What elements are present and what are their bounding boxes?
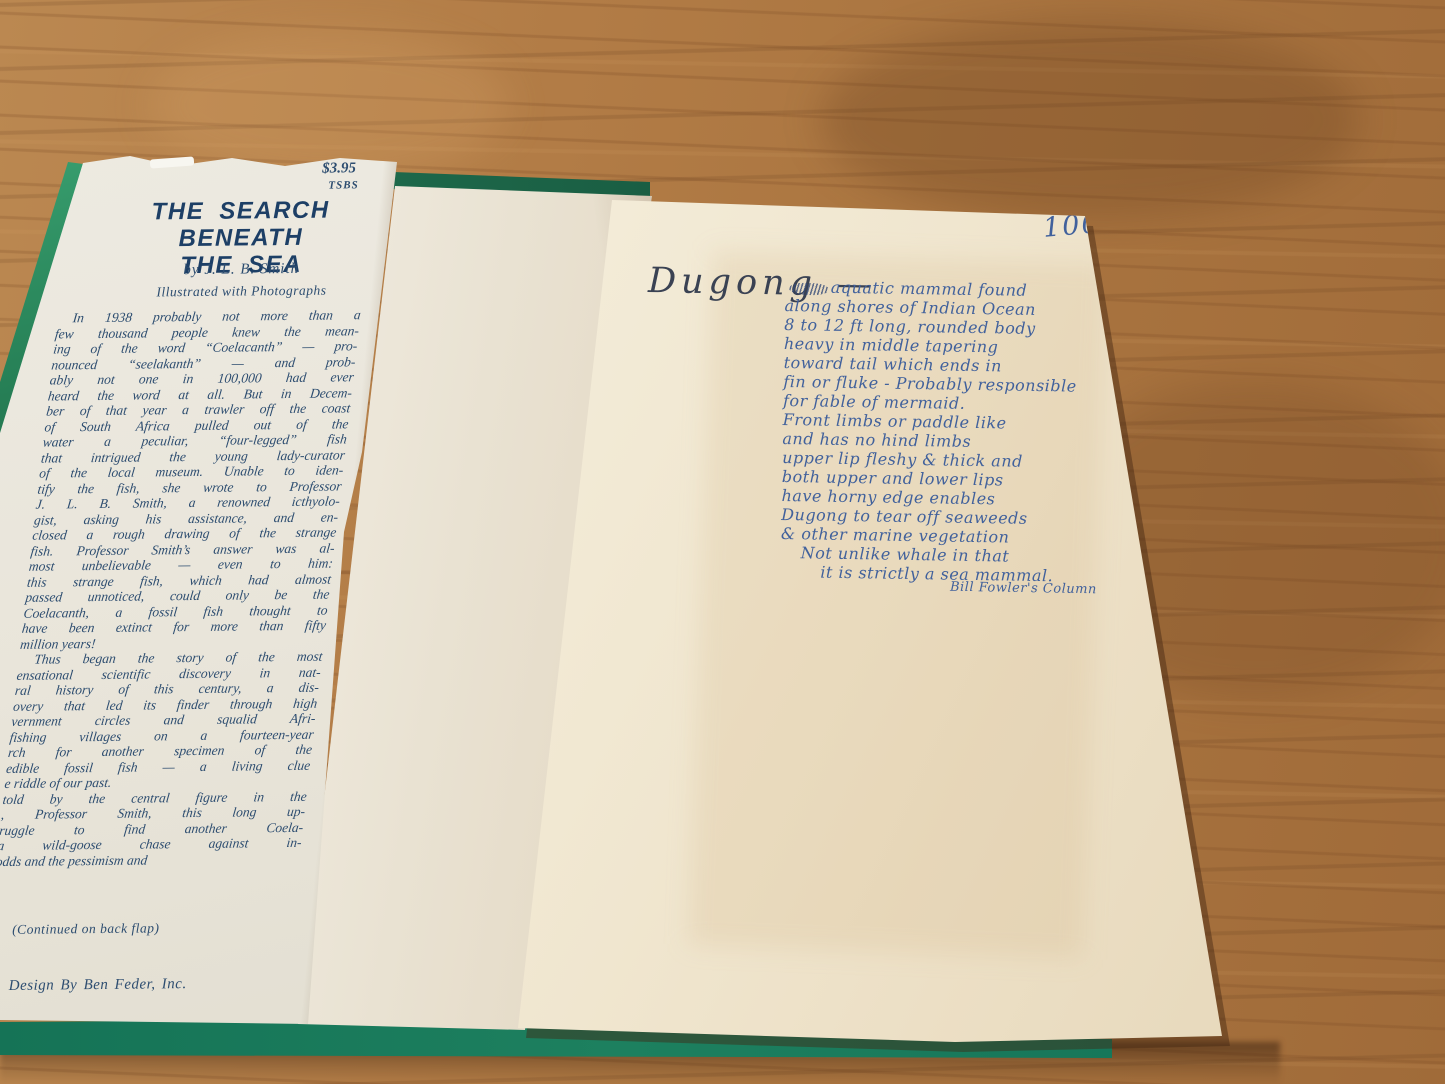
flap-para3-line-5: odds and the pessimism and	[0, 850, 301, 869]
wood-grain-patch	[150, 30, 510, 180]
flap-price: $3.95	[322, 160, 356, 177]
flap-para3-line-4: a wild-goose chase against in-	[0, 835, 302, 854]
flap-paragraph-3: told by the central figure in the, Profe…	[0, 788, 308, 869]
flap-body-text: In 1938 probably not more than afew thou…	[0, 307, 362, 869]
flap-para1-line-21: have been extinct for more than fifty	[21, 618, 327, 637]
flap-paragraph-1: In 1938 probably not more than afew thou…	[19, 307, 361, 652]
handwritten-notes: aquatic mammal foundalong shores of Indi…	[780, 277, 1133, 586]
book-subtitle: Illustrated with Photographs	[81, 282, 401, 301]
handwritten-attribution: Bill Fowler's Column	[950, 580, 1097, 598]
flap-code: TSBS	[328, 179, 358, 191]
flap-para2-line-8: edible fossil fish — a living clue	[5, 757, 311, 776]
book-title-line-2: BENEATH	[81, 223, 401, 253]
book-byline: by J. L. B. Smith	[81, 260, 401, 280]
wood-grain-patch	[820, 20, 1360, 220]
book-title-line-1: THE SEARCH	[80, 196, 400, 226]
continued-note: (Continued on back flap)	[12, 920, 160, 938]
design-credit: Design By Ben Feder, Inc.	[9, 976, 187, 995]
photo-open-book-on-table: 100/B Dugong — aquatic mammal foundalong…	[0, 0, 1445, 1084]
flap-paragraph-2: Thus began the story of the mostensation…	[4, 649, 324, 792]
